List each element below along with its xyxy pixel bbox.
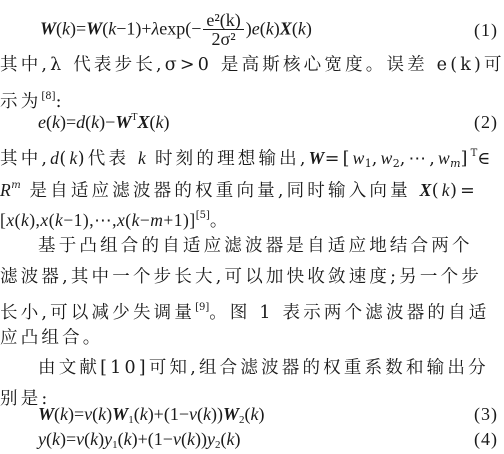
paragraph-1-line-1: 其中,λ 代表步长,σ>0 是高斯核心宽度。误差 e(k)可表 xyxy=(0,54,504,76)
fraction-denominator: 2σ² xyxy=(203,30,243,48)
equation-4-body: y(k)=v(k)y1(k)+(1−v(k))y2(k) xyxy=(38,429,240,451)
equation-2-number: (2) xyxy=(474,112,498,133)
equation-1-body: W(k)=W(k−1)+λexp(−e²(k)2σ²)e(k)X(k) xyxy=(40,12,312,49)
paragraph-2-line-3: [x(k),x(k−1),⋯,x(k−m+1)][5]。 xyxy=(0,205,504,232)
fraction-numerator: e²(k) xyxy=(203,11,243,30)
fraction: e²(k)2σ² xyxy=(203,11,243,48)
text: 示为 xyxy=(0,92,41,112)
citation-9[interactable]: [9] xyxy=(195,302,209,313)
text: 。 xyxy=(210,211,231,231)
equation-4-number: (4) xyxy=(474,429,498,450)
equation-4: y(k)=v(k)y1(k)+(1−v(k))y2(k) (4) xyxy=(0,429,504,453)
citation-5[interactable]: [5] xyxy=(196,210,210,221)
paragraph-1-line-2: 示为[8]: xyxy=(0,86,504,113)
text: : xyxy=(56,92,65,112)
equation-1: W(k)=W(k−1)+λexp(−e²(k)2σ²)e(k)X(k) (1) xyxy=(0,8,504,52)
paragraph-2-line-2: Rm 是自适应滤波器的权重向量,同时输入向量 X(k)= xyxy=(0,175,504,202)
text: 长小,可以减少失调量 xyxy=(0,303,195,323)
equation-3-number: (3) xyxy=(474,404,498,425)
citation-8[interactable]: [8] xyxy=(41,91,55,102)
paragraph-3-line-2: 滤波器,其中一个步长大,可以加快收敛速度;另一个步 xyxy=(0,266,504,288)
paragraph-4-line-1: 由文献[10]可知,组合滤波器的权重系数和输出分 xyxy=(0,357,504,379)
text: 。图 1 表示两个滤波器的自适 xyxy=(209,303,489,323)
paragraph-3-line-1: 基于凸组合的自适应滤波器是自适应地结合两个 xyxy=(0,235,504,257)
equation-3-body: W(k)=v(k)W1(k)+(1−v(k))W2(k) xyxy=(38,404,265,426)
paragraph-3-line-3: 长小,可以减少失调量[9]。图 1 表示两个滤波器的自适 xyxy=(0,297,504,324)
equation-2: e(k)=d(k)−WTX(k) (2) xyxy=(0,112,504,136)
paragraph-3-line-4: 应凸组合。 xyxy=(0,327,504,349)
paragraph-2-line-1: 其中,d(k)代表 k 时刻的理想输出,W=[w1,w2,⋯,wm]T∈ xyxy=(0,143,504,175)
equation-1-number: (1) xyxy=(474,20,498,41)
equation-2-body: e(k)=d(k)−WTX(k) xyxy=(38,112,169,133)
equation-3: W(k)=v(k)W1(k)+(1−v(k))W2(k) (3) xyxy=(0,404,504,428)
